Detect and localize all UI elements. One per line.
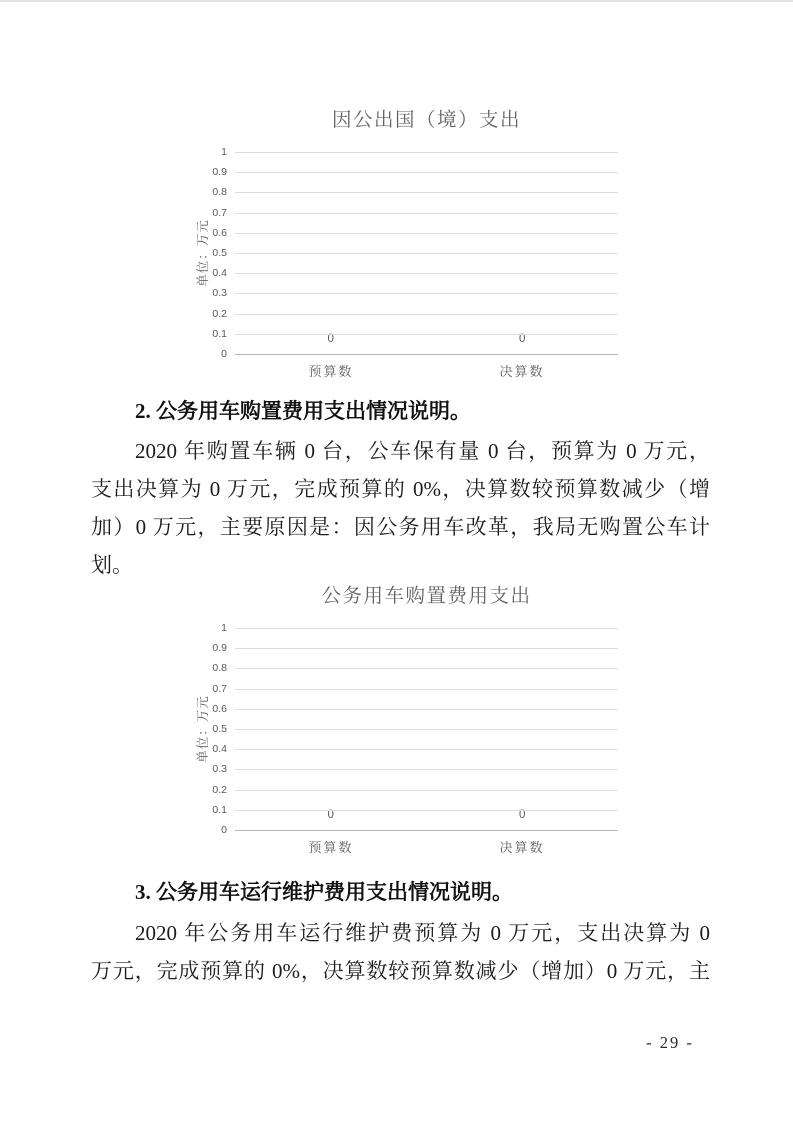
gridline [235,689,618,690]
paragraph-line: 万元，完成预算的 0%，决算数较预算数减少（增加）0 万元，主 [91,952,710,990]
y-axis-tick-label: 0.5 [212,247,227,259]
data-label-budget: 0 [311,333,351,345]
y-axis-tick-label: 0.2 [212,308,227,320]
gridline [235,749,618,750]
gridline [235,293,618,294]
paragraph-line: 加）0 万元，主要原因是：因公务用车改革，我局无购置公车计 [91,508,710,546]
gridline [235,192,618,193]
y-axis-tick-label: 0.1 [212,328,227,340]
gridline [235,314,618,315]
y-axis-ticks: 10.90.80.70.60.50.40.30.20.10 [170,628,227,830]
gridline [235,709,618,710]
x-axis-line [235,354,618,355]
y-axis-tick-label: 0 [221,348,227,360]
paragraph-line: 划。 [91,546,710,584]
page-number: - 29 - [630,1033,710,1053]
chart-title: 因公出国（境）支出 [235,104,618,132]
y-axis-ticks: 10.90.80.70.60.50.40.30.20.10 [170,152,227,354]
gridline [235,233,618,234]
data-label-final: 0 [502,809,542,821]
y-axis-tick-label: 0.4 [212,267,227,279]
paragraph-line: 支出决算为 0 万元，完成预算的 0%，决算数较预算数减少（增 [91,470,710,508]
plot-area: 0 0 [235,628,618,830]
paragraph-vehicle-maintenance: 2020 年公务用车运行维护费预算为 0 万元，支出决算为 0 万元，完成预算的… [91,914,710,990]
gridline [235,253,618,254]
y-axis-tick-label: 0.6 [212,227,227,239]
y-axis-tick-label: 0.2 [212,784,227,796]
data-label-budget: 0 [311,809,351,821]
paragraph-line: 2020 年购置车辆 0 台，公车保有量 0 台，预算为 0 万元， [91,432,710,470]
chart-title: 公务用车购置费用支出 [235,580,618,608]
page-top-edge-line [0,0,793,2]
gridline [235,628,618,629]
section-heading-vehicle-maintenance: 3. 公务用车运行维护费用支出情况说明。 [91,877,711,907]
data-label-final: 0 [502,333,542,345]
gridline [235,273,618,274]
gridline [235,334,618,335]
gridline [235,648,618,649]
y-axis-tick-label: 0.3 [212,287,227,299]
gridline [235,810,618,811]
gridline [235,668,618,669]
paragraph-vehicle-purchase: 2020 年购置车辆 0 台，公车保有量 0 台，预算为 0 万元， 支出决算为… [91,432,710,584]
y-axis-tick-label: 0.8 [212,662,227,674]
category-label-final: 决算数 [482,837,562,856]
section-heading-vehicle-purchase: 2. 公务用车购置费用支出情况说明。 [91,396,711,426]
gridline [235,152,618,153]
y-axis-tick-label: 0.7 [212,683,227,695]
y-axis-tick-label: 0.7 [212,207,227,219]
y-axis-tick-label: 1 [221,146,227,158]
gridline [235,729,618,730]
y-axis-tick-label: 0.3 [212,763,227,775]
paragraph-line: 2020 年公务用车运行维护费预算为 0 万元，支出决算为 0 [91,914,710,952]
gridline [235,213,618,214]
y-axis-tick-label: 0.5 [212,723,227,735]
y-axis-tick-label: 0.8 [212,186,227,198]
y-axis-tick-label: 0.4 [212,743,227,755]
category-label-budget: 预算数 [291,361,371,380]
chart-vehicle-purchase-expenditure: 公务用车购置费用支出 单位：万元 10.90.80.70.60.50.40.30… [170,580,640,868]
document-page: 因公出国（境）支出 单位：万元 10.90.80.70.60.50.40.30.… [0,0,793,1122]
gridline [235,769,618,770]
y-axis-tick-label: 1 [221,622,227,634]
y-axis-tick-label: 0.9 [212,166,227,178]
gridline [235,172,618,173]
y-axis-tick-label: 0.1 [212,804,227,816]
category-label-budget: 预算数 [291,837,371,856]
y-axis-tick-label: 0.9 [212,642,227,654]
x-axis-line [235,830,618,831]
chart-overseas-trip-expenditure: 因公出国（境）支出 单位：万元 10.90.80.70.60.50.40.30.… [170,104,640,392]
category-label-final: 决算数 [482,361,562,380]
plot-area: 0 0 [235,152,618,354]
y-axis-tick-label: 0.6 [212,703,227,715]
gridline [235,790,618,791]
y-axis-tick-label: 0 [221,824,227,836]
